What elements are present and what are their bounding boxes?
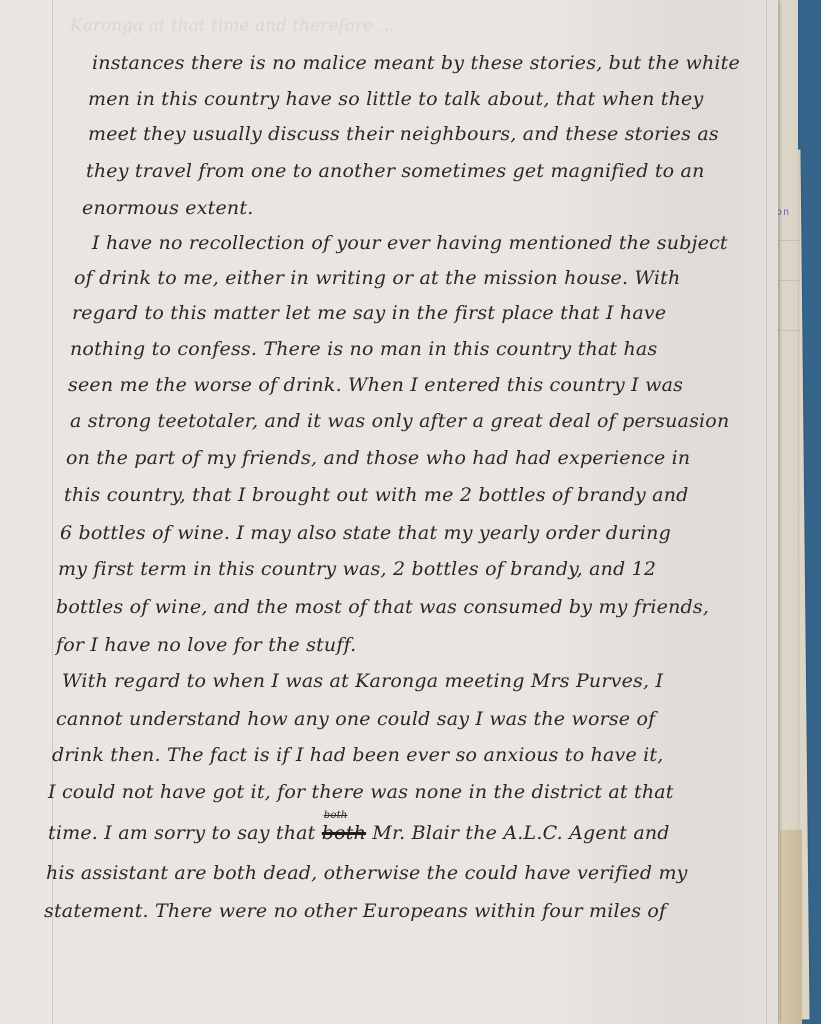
letter-body: instances there is no malice meant by th… bbox=[0, 0, 778, 1024]
letter-line: seen me the worse of drink. When I enter… bbox=[68, 374, 683, 396]
letter-line: I have no recollection of your ever havi… bbox=[92, 232, 728, 254]
letter-line: bottles of wine, and the most of that wa… bbox=[56, 596, 709, 618]
deleted-word: both bbox=[322, 822, 366, 844]
struck-word: both both bbox=[322, 822, 366, 844]
letter-line: instances there is no malice meant by th… bbox=[92, 52, 740, 74]
letter-line: on the part of my friends, and those who… bbox=[66, 447, 690, 469]
letter-line: drink then. The fact is if I had been ev… bbox=[52, 744, 664, 766]
letter-line: a strong teetotaler, and it was only aft… bbox=[70, 410, 729, 432]
letter-line: regard to this matter let me say in the … bbox=[72, 302, 666, 324]
letter-line: enormous extent. bbox=[82, 197, 253, 219]
letter-line: this country, that I brought out with me… bbox=[64, 484, 689, 506]
letter-line: cannot understand how any one could say … bbox=[56, 708, 655, 730]
letter-line: nothing to confess. There is no man in t… bbox=[70, 338, 657, 360]
letter-line: they travel from one to another sometime… bbox=[86, 160, 705, 182]
letter-line: meet they usually discuss their neighbou… bbox=[88, 123, 719, 145]
letter-line: for I have no love for the stuff. bbox=[56, 634, 356, 656]
letter-line: men in this country have so little to ta… bbox=[88, 88, 703, 110]
letter-line: his assistant are both dead, otherwise t… bbox=[46, 862, 688, 884]
letter-line: my first term in this country was, 2 bot… bbox=[58, 558, 656, 580]
letter-line: statement. There were no other Europeans… bbox=[44, 900, 666, 922]
letter-line: of drink to me, either in writing or at … bbox=[74, 267, 680, 289]
letter-line: I could not have got it, for there was n… bbox=[48, 781, 674, 803]
letter-line-with-correction: time. I am sorry to say that both both M… bbox=[48, 822, 670, 844]
scanned-document-photo: ssion ar Karonga at that time and theref… bbox=[0, 0, 821, 1024]
inserted-word: both bbox=[324, 810, 348, 821]
folder-edge bbox=[780, 830, 802, 1024]
letter-line: 6 bottles of wine. I may also state that… bbox=[60, 522, 671, 544]
letter-sheet: Karonga at that time and therefore ... i… bbox=[0, 0, 778, 1024]
letter-line: With regard to when I was at Karonga mee… bbox=[62, 670, 663, 692]
letter-text: Mr. Blair the A.L.C. Agent and bbox=[372, 822, 669, 844]
letter-text: time. I am sorry to say that bbox=[48, 822, 316, 844]
